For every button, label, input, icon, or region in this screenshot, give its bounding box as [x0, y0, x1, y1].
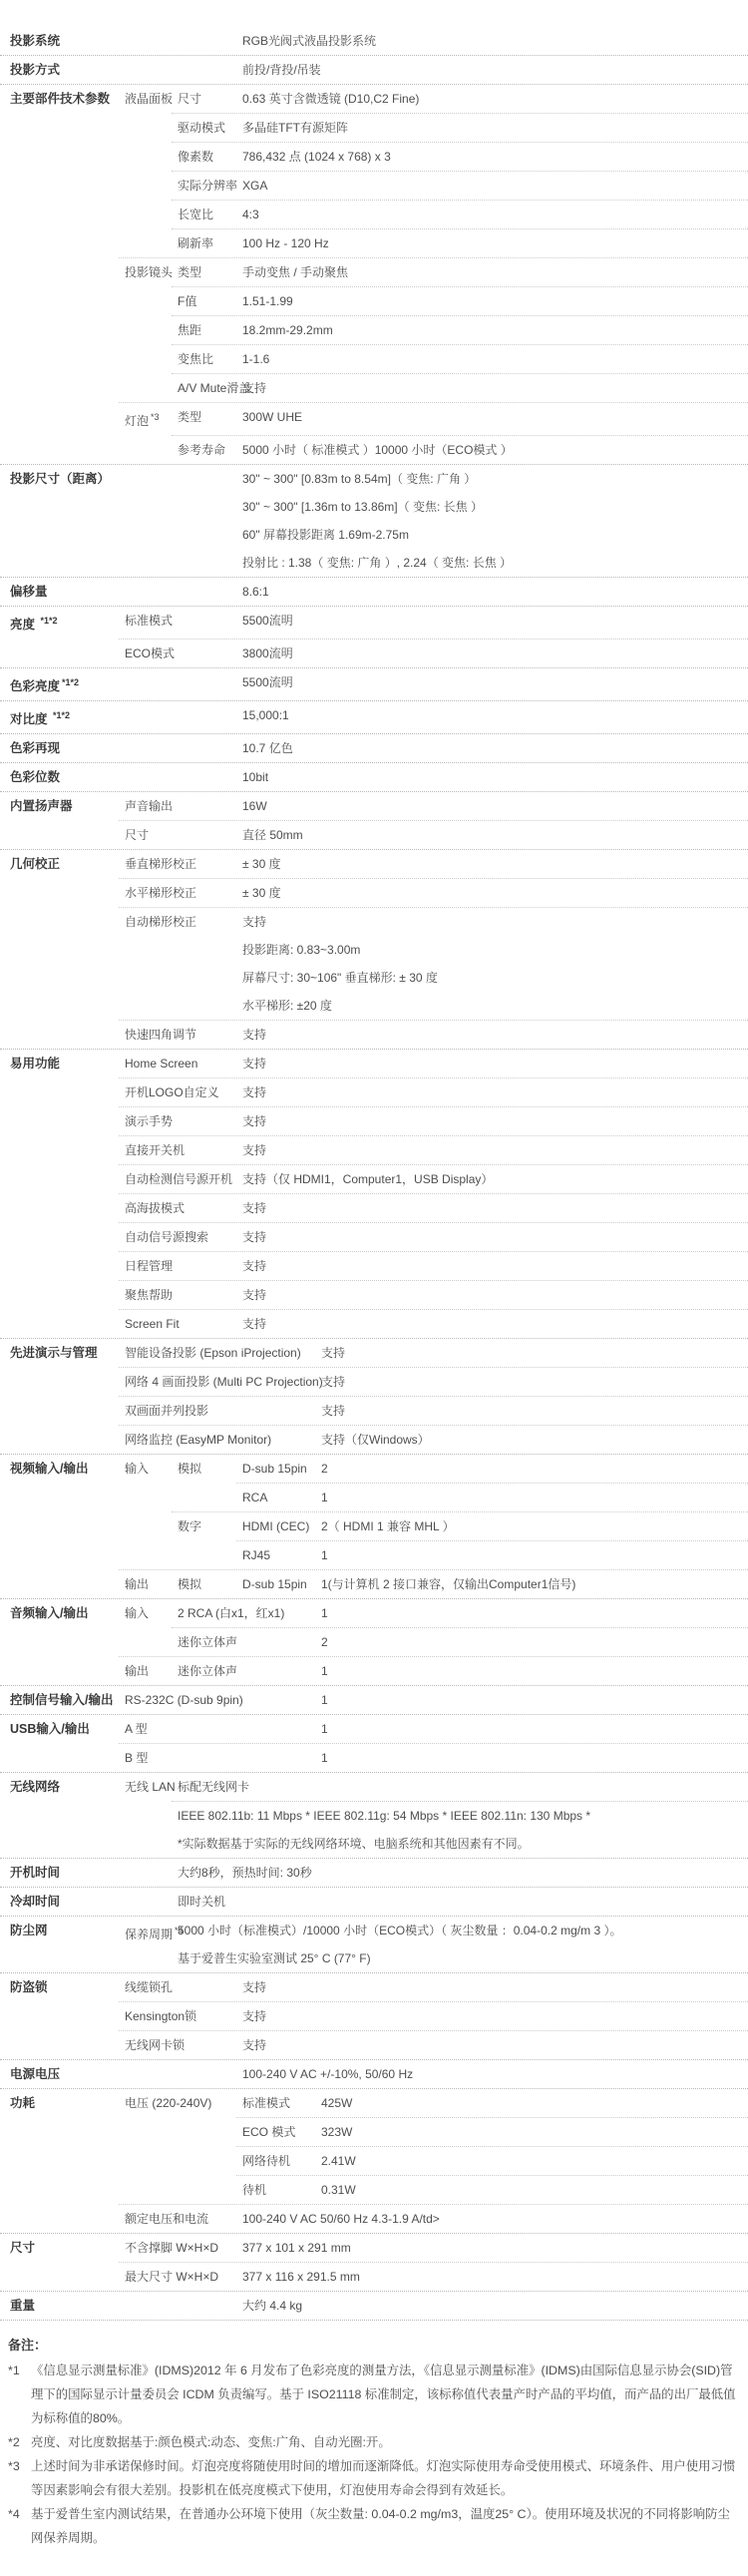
table-row: 变焦比1-1.6 — [0, 345, 748, 373]
spec-category-label: 视频输入/输出 — [10, 1455, 125, 1483]
table-row: 高海拔模式支持 — [0, 1194, 748, 1222]
table-row: 尺寸不含撑脚 W×H×D377 x 101 x 291 mm — [0, 2234, 748, 2262]
notes-title: 备注： — [8, 2333, 742, 2359]
spec-category-label: 主要部件技术参数 — [10, 85, 125, 113]
table-row: 刷新率100 Hz - 120 Hz — [0, 229, 748, 257]
spec-label: 自动检测信号源开机 — [125, 1165, 242, 1193]
spec-value: 前投/背投/吊装 — [242, 56, 748, 84]
notes-list: *1《信息显示测量标准》(IDMS)2012 年 6 月发布了色彩亮度的测量方法… — [8, 2359, 742, 2550]
spec-label: Screen Fit — [125, 1310, 242, 1338]
spec-category-label: 防盗锁 — [10, 1973, 125, 2001]
spec-category-label: 尺寸 — [10, 2234, 125, 2262]
spec-value: 支持 — [242, 1107, 748, 1135]
spec-label: RS-232C (D-sub 9pin) — [125, 1686, 321, 1714]
spec-value: 0.63 英寸含微透镜 (D10,C2 Fine) — [242, 85, 748, 113]
spec-category-label: 投影系统 — [10, 27, 242, 55]
spec-value: 2 — [321, 1455, 748, 1483]
table-row: 数字HDMI (CEC)2（ HDMI 1 兼容 MHL ） — [0, 1512, 748, 1540]
spec-category-label: 对比度 *1*2 — [10, 701, 242, 733]
spec-label: 网络监控 (EasyMP Monitor) — [125, 1426, 321, 1454]
spec-category-label: 先进演示与管理 — [10, 1339, 125, 1367]
spec-label: 输出 — [125, 1570, 178, 1598]
spec-label: 自动信号源搜索 — [125, 1223, 242, 1251]
table-row: USB输入/输出A 型1 — [0, 1715, 748, 1743]
spec-value: 15,000:1 — [242, 701, 748, 729]
table-row: F值1.51-1.99 — [0, 287, 748, 315]
table-row: 先进演示与管理智能设备投影 (Epson iProjection)支持 — [0, 1339, 748, 1367]
note-item: *3上述时间为非承诺保修时间。灯泡亮度将随使用时间的增加而逐渐降低。灯泡实际使用… — [8, 2454, 742, 2502]
spec-value-line: 30" ~ 300" [0.83m to 8.54m]（ 变焦: 广角 ） — [242, 465, 748, 493]
table-row: 演示手势支持 — [0, 1107, 748, 1135]
spec-category-label: 偏移量 — [10, 578, 242, 606]
footnote-marker: *1*2 — [53, 710, 70, 720]
spec-value: 支持（仅Windows） — [321, 1426, 748, 1454]
spec-label: 模拟 — [178, 1455, 242, 1483]
spec-label: 日程管理 — [125, 1252, 242, 1280]
note-text: 亮度、对比度数据基于:颜色模式:动态、变焦:广角、自动光圈:开。 — [31, 2430, 742, 2454]
table-row: 额定电压和电流100-240 V AC 50/60 Hz 4.3-1.9 A/t… — [0, 2205, 748, 2233]
table-row: 色彩亮度*1*25500流明 — [0, 668, 748, 700]
spec-label: 快速四角调节 — [125, 1021, 242, 1049]
spec-value: IEEE 802.11b: 11 Mbps * IEEE 802.11g: 54… — [178, 1802, 748, 1858]
spec-category-label: 色彩再现 — [10, 734, 242, 762]
spec-value: 0.31W — [321, 2176, 748, 2204]
spec-value: 5500流明 — [242, 607, 748, 635]
spec-value: 16W — [242, 792, 748, 820]
spec-value: 支持 — [242, 1310, 748, 1338]
spec-label: 垂直梯形校正 — [125, 850, 242, 878]
spec-category-label: 色彩位数 — [10, 763, 242, 791]
table-row: 电源电压100-240 V AC +/-10%, 50/60 Hz — [0, 2060, 748, 2088]
table-row: 自动检测信号源开机支持（仅 HDMI1，Computer1，USB Displa… — [0, 1165, 748, 1193]
spec-label: 待机 — [242, 2176, 321, 2204]
table-row: 对比度 *1*215,000:1 — [0, 701, 748, 733]
spec-label: 类型 — [178, 403, 242, 431]
spec-value-line: IEEE 802.11b: 11 Mbps * IEEE 802.11g: 54… — [178, 1802, 748, 1830]
spec-label: 类型 — [178, 258, 242, 286]
spec-value: XGA — [242, 172, 748, 200]
spec-label: 迷你立体声 — [178, 1657, 321, 1685]
spec-value: 10bit — [242, 763, 748, 791]
spec-value: 100-240 V AC 50/60 Hz 4.3-1.9 A/td> — [242, 2205, 748, 2233]
spec-value: 标配无线网卡 — [178, 1773, 748, 1801]
spec-value-line: 投射比 : 1.38（ 变焦: 广角 ）, 2.24（ 变焦: 长焦 ） — [242, 549, 748, 577]
table-row: 实际分辨率XGA — [0, 172, 748, 200]
table-row: 输出模拟D-sub 15pin1(与计算机 2 接口兼容，仅输出Computer… — [0, 1570, 748, 1598]
spec-value: 多晶硅TFT有源矩阵 — [242, 114, 748, 142]
spec-label: 额定电压和电流 — [125, 2205, 242, 2233]
note-item: *4基于爱普生室内测试结果，在普通办公环境下使用（灰尘数量: 0.04-0.2 … — [8, 2502, 742, 2550]
table-row: 水平梯形校正± 30 度 — [0, 879, 748, 907]
table-row: 投影系统RGB光阀式液晶投影系统 — [0, 27, 748, 55]
spec-label: 刷新率 — [178, 229, 242, 257]
spec-category-label: 无线网络 — [10, 1773, 125, 1801]
footnote-marker: *1*2 — [62, 677, 79, 687]
spec-value: 支持投影距离: 0.83~3.00m屏幕尺寸: 30~106" 垂直梯形: ± … — [242, 908, 748, 1020]
spec-label: 直接开关机 — [125, 1136, 242, 1164]
table-row: 网络待机2.41W — [0, 2147, 748, 2175]
spec-value: 2.41W — [321, 2147, 748, 2175]
spec-value: ± 30 度 — [242, 879, 748, 907]
spec-label: D-sub 15pin — [242, 1570, 321, 1598]
spec-label: 演示手势 — [125, 1107, 242, 1135]
table-row: 投影方式前投/背投/吊装 — [0, 56, 748, 84]
note-marker: *3 — [8, 2454, 31, 2502]
spec-label: 最大尺寸 W×H×D — [125, 2263, 242, 2291]
note-item: *1《信息显示测量标准》(IDMS)2012 年 6 月发布了色彩亮度的测量方法… — [8, 2359, 742, 2430]
spec-label: 网络待机 — [242, 2147, 321, 2175]
table-row: 聚焦帮助支持 — [0, 1281, 748, 1309]
note-item: *2亮度、对比度数据基于:颜色模式:动态、变焦:广角、自动光圈:开。 — [8, 2430, 742, 2454]
spec-value: 支持 — [321, 1397, 748, 1425]
spec-value: 2 — [321, 1628, 748, 1656]
spec-value: 支持 — [242, 1281, 748, 1309]
table-row: 尺寸直径 50mm — [0, 821, 748, 849]
spec-value: 支持 — [321, 1339, 748, 1367]
spec-label: 投影镜头 — [125, 258, 178, 286]
spec-label: 迷你立体声 — [178, 1628, 321, 1656]
spec-value: 1-1.6 — [242, 345, 748, 373]
spec-label: 数字 — [178, 1512, 242, 1540]
spec-category-label: 内置扬声器 — [10, 792, 125, 820]
table-row: 快速四角调节支持 — [0, 1021, 748, 1049]
spec-label: ECO模式 — [125, 640, 242, 667]
table-row: 长宽比4:3 — [0, 201, 748, 228]
spec-value: 支持 — [242, 1078, 748, 1106]
spec-category-label: 电源电压 — [10, 2060, 242, 2088]
spec-label: B 型 — [125, 1744, 321, 1772]
spec-category-label: 几何校正 — [10, 850, 125, 878]
spec-label: 2 RCA (白x1，红x1) — [178, 1599, 321, 1627]
spec-value: 1 — [321, 1715, 748, 1743]
spec-category-label: 控制信号输入/输出 — [10, 1686, 125, 1714]
spec-value: 大约 4.4 kg — [242, 2292, 748, 2320]
spec-label: 高海拔模式 — [125, 1194, 242, 1222]
spec-category-label: 功耗 — [10, 2089, 125, 2117]
spec-value-line: 投影距离: 0.83~3.00m — [242, 936, 748, 964]
spec-label: ECO 模式 — [242, 2118, 321, 2146]
spec-category-label: 投影尺寸（距离） — [10, 465, 242, 493]
table-row: 功耗电压 (220-240V)标准模式425W — [0, 2089, 748, 2117]
table-row: 重量大约 4.4 kg — [0, 2292, 748, 2320]
spec-value: 1 — [321, 1541, 748, 1569]
spec-label: 液晶面板 — [125, 85, 178, 113]
note-text: 基于爱普生室内测试结果，在普通办公环境下使用（灰尘数量: 0.04-0.2 mg… — [31, 2502, 742, 2550]
spec-value: 18.2mm-29.2mm — [242, 316, 748, 344]
spec-label: 像素数 — [178, 143, 242, 171]
spec-label: 灯泡*3 — [125, 403, 178, 435]
table-row: 视频输入/输出输入模拟D-sub 15pin2 — [0, 1455, 748, 1483]
spec-value: 支持 — [242, 1973, 748, 2001]
spec-value: 300W UHE — [242, 403, 748, 431]
spec-table: 投影系统RGB光阀式液晶投影系统投影方式前投/背投/吊装主要部件技术参数液晶面板… — [0, 0, 748, 2321]
spec-value-line: 屏幕尺寸: 30~106" 垂直梯形: ± 30 度 — [242, 964, 748, 992]
spec-value: 5000 小时（ 标准模式 ）10000 小时（ECO模式 ） — [242, 436, 748, 464]
spec-value: 4:3 — [242, 201, 748, 228]
table-row: 音频输入/输出输入2 RCA (白x1，红x1)1 — [0, 1599, 748, 1627]
spec-value: 支持 — [242, 2002, 748, 2030]
table-row: 无线网卡锁支持 — [0, 2031, 748, 2059]
spec-value: 2（ HDMI 1 兼容 MHL ） — [321, 1512, 748, 1540]
spec-value: 支持 — [242, 1021, 748, 1049]
spec-value: 8.6:1 — [242, 578, 748, 606]
table-row: 开机时间大约8秒，预热时间: 30秒 — [0, 1859, 748, 1887]
spec-value: 支持 — [242, 1136, 748, 1164]
table-row: 开机LOGO自定义支持 — [0, 1078, 748, 1106]
table-row: 最大尺寸 W×H×D377 x 116 x 291.5 mm — [0, 2263, 748, 2291]
spec-label: 输入 — [125, 1455, 178, 1483]
spec-category-label: 冷却时间 — [10, 1888, 178, 1916]
table-row: 亮度 *1*2标准模式5500流明 — [0, 607, 748, 639]
table-row: 网络 4 画面投影 (Multi PC Projection)支持 — [0, 1368, 748, 1396]
spec-value: 支持 — [242, 1252, 748, 1280]
table-row: Kensington锁支持 — [0, 2002, 748, 2030]
table-row: 迷你立体声2 — [0, 1628, 748, 1656]
table-row: 参考寿命5000 小时（ 标准模式 ）10000 小时（ECO模式 ） — [0, 436, 748, 464]
table-row: ECO 模式323W — [0, 2118, 748, 2146]
spec-label: 实际分辨率 — [178, 172, 242, 200]
spec-label: 长宽比 — [178, 201, 242, 228]
note-marker: *4 — [8, 2502, 31, 2550]
spec-label: A 型 — [125, 1715, 321, 1743]
spec-category-label: 开机时间 — [10, 1859, 178, 1887]
table-row: 易用功能Home Screen支持 — [0, 1050, 748, 1077]
spec-label: Kensington锁 — [125, 2002, 242, 2030]
note-marker: *2 — [8, 2430, 31, 2454]
table-row: 偏移量8.6:1 — [0, 578, 748, 606]
table-row: A/V Mute滑盖支持 — [0, 374, 748, 402]
spec-category-label: 重量 — [10, 2292, 242, 2320]
table-row: IEEE 802.11b: 11 Mbps * IEEE 802.11g: 54… — [0, 1802, 748, 1858]
spec-label: 尺寸 — [125, 821, 242, 849]
spec-value: 支持 — [242, 374, 748, 402]
table-row: 无线网络无线 LAN标配无线网卡 — [0, 1773, 748, 1801]
footnote-marker: *3 — [151, 412, 160, 422]
table-row: 像素数786,432 点 (1024 x 768) x 3 — [0, 143, 748, 171]
spec-label: 变焦比 — [178, 345, 242, 373]
spec-value-line: *实际数据基于实际的无线网络环境、电脑系统和其他因素有不同。 — [178, 1830, 748, 1858]
spec-label: 网络 4 画面投影 (Multi PC Projection) — [125, 1368, 321, 1396]
spec-value: 支持 — [321, 1368, 748, 1396]
spec-value: 大约8秒，预热时间: 30秒 — [178, 1859, 748, 1887]
spec-category-label: USB输入/输出 — [10, 1715, 125, 1743]
spec-value-line: 60" 屏幕投影距离 1.69m-2.75m — [242, 521, 748, 549]
spec-label: 开机LOGO自定义 — [125, 1078, 242, 1106]
spec-value: 1(与计算机 2 接口兼容，仅输出Computer1信号) — [321, 1570, 748, 1598]
spec-label: 参考寿命 — [178, 436, 242, 464]
table-row: 日程管理支持 — [0, 1252, 748, 1280]
spec-value: 5500流明 — [242, 668, 748, 696]
spec-label: 尺寸 — [178, 85, 242, 113]
table-row: RCA1 — [0, 1484, 748, 1511]
spec-label: 输出 — [125, 1657, 178, 1685]
spec-value: 支持 — [242, 2031, 748, 2059]
spec-label: 模拟 — [178, 1570, 242, 1598]
table-row: 几何校正垂直梯形校正± 30 度 — [0, 850, 748, 878]
spec-value-line: 5000 小时（标准模式）/10000 小时（ECO模式）（ 灰尘数量 ：0.0… — [178, 1917, 748, 1944]
spec-label: 无线网卡锁 — [125, 2031, 242, 2059]
table-row: RJ451 — [0, 1541, 748, 1569]
spec-label: 标准模式 — [125, 607, 242, 635]
table-row: 直接开关机支持 — [0, 1136, 748, 1164]
table-row: 防尘网保养周期*45000 小时（标准模式）/10000 小时（ECO模式）（ … — [0, 1917, 748, 1972]
table-row: 冷却时间即时关机 — [0, 1888, 748, 1916]
projector-spec-page: 投影系统RGB光阀式液晶投影系统投影方式前投/背投/吊装主要部件技术参数液晶面板… — [0, 0, 748, 2576]
spec-value: 支持 — [242, 1050, 748, 1077]
spec-label: 焦距 — [178, 316, 242, 344]
table-row: 色彩再现10.7 亿色 — [0, 734, 748, 762]
spec-label: RJ45 — [242, 1541, 321, 1569]
table-row: 控制信号输入/输出RS-232C (D-sub 9pin)1 — [0, 1686, 748, 1714]
table-row: Screen Fit支持 — [0, 1310, 748, 1338]
table-row: ECO模式3800流明 — [0, 640, 748, 667]
spec-label: 声音输出 — [125, 792, 242, 820]
spec-value: 10.7 亿色 — [242, 734, 748, 762]
table-row: 输出迷你立体声1 — [0, 1657, 748, 1685]
table-row: 焦距18.2mm-29.2mm — [0, 316, 748, 344]
spec-value: 377 x 101 x 291 mm — [242, 2234, 748, 2262]
spec-value: 即时关机 — [178, 1888, 748, 1916]
spec-label: 标准模式 — [242, 2089, 321, 2117]
spec-category-label: 防尘网 — [10, 1917, 125, 1944]
spec-value-line: 基于爱普生实验室测试 25° C (77° F) — [178, 1944, 748, 1972]
spec-value-line: 支持 — [242, 908, 748, 936]
table-row: 投影镜头类型手动变焦 / 手动聚焦 — [0, 258, 748, 286]
spec-value: 手动变焦 / 手动聚焦 — [242, 258, 748, 286]
table-row: 投影尺寸（距离）30" ~ 300" [0.83m to 8.54m]（ 变焦:… — [0, 465, 748, 577]
spec-value: 1 — [321, 1686, 748, 1714]
table-row: 待机0.31W — [0, 2176, 748, 2204]
spec-label: 不含撑脚 W×H×D — [125, 2234, 242, 2262]
spec-category-label: 易用功能 — [10, 1050, 125, 1077]
spec-label: F值 — [178, 287, 242, 315]
spec-label: 自动梯形校正 — [125, 908, 242, 936]
spec-value: RGB光阀式液晶投影系统 — [242, 27, 748, 55]
spec-value: 425W — [321, 2089, 748, 2117]
notes-section: 备注： *1《信息显示测量标准》(IDMS)2012 年 6 月发布了色彩亮度的… — [0, 2321, 748, 2576]
table-row: 内置扬声器声音输出16W — [0, 792, 748, 820]
note-text: 上述时间为非承诺保修时间。灯泡亮度将随使用时间的增加而逐渐降低。灯泡实际使用寿命… — [31, 2454, 742, 2502]
table-row: 防盗锁线缆锁孔支持 — [0, 1973, 748, 2001]
spec-value: ± 30 度 — [242, 850, 748, 878]
spec-label: HDMI (CEC) — [242, 1512, 321, 1540]
table-row: B 型1 — [0, 1744, 748, 1772]
spec-value: 377 x 116 x 291.5 mm — [242, 2263, 748, 2291]
spec-value: 1 — [321, 1657, 748, 1685]
spec-value-line: 水平梯形: ±20 度 — [242, 992, 748, 1020]
spec-label: 输入 — [125, 1599, 178, 1627]
spec-value-line: 30" ~ 300" [1.36m to 13.86m]（ 变焦: 长焦 ） — [242, 493, 748, 521]
spec-label: 保养周期*4 — [125, 1917, 178, 1948]
table-row: 主要部件技术参数液晶面板尺寸0.63 英寸含微透镜 (D10,C2 Fine) — [0, 85, 748, 113]
spec-value: 支持 — [242, 1194, 748, 1222]
spec-label: 聚焦帮助 — [125, 1281, 242, 1309]
table-row: 自动梯形校正支持投影距离: 0.83~3.00m屏幕尺寸: 30~106" 垂直… — [0, 908, 748, 1020]
spec-label: 无线 LAN — [125, 1773, 178, 1801]
spec-value: 1.51-1.99 — [242, 287, 748, 315]
spec-value: 直径 50mm — [242, 821, 748, 849]
spec-value: 786,432 点 (1024 x 768) x 3 — [242, 143, 748, 171]
spec-label: RCA — [242, 1484, 321, 1511]
spec-value: 100 Hz - 120 Hz — [242, 229, 748, 257]
spec-label: 线缆锁孔 — [125, 1973, 242, 2001]
table-row: 色彩位数10bit — [0, 763, 748, 791]
spec-value: 100-240 V AC +/-10%, 50/60 Hz — [242, 2060, 748, 2088]
spec-category-label: 音频输入/输出 — [10, 1599, 125, 1627]
spec-value: 5000 小时（标准模式）/10000 小时（ECO模式）（ 灰尘数量 ：0.0… — [178, 1917, 748, 1972]
note-marker: *1 — [8, 2359, 31, 2430]
spec-label: Home Screen — [125, 1050, 242, 1077]
spec-value: 支持 — [242, 1223, 748, 1251]
note-text: 《信息显示测量标准》(IDMS)2012 年 6 月发布了色彩亮度的测量方法，《… — [31, 2359, 742, 2430]
table-row: 网络监控 (EasyMP Monitor)支持（仅Windows） — [0, 1426, 748, 1454]
table-row: 驱动模式多晶硅TFT有源矩阵 — [0, 114, 748, 142]
spec-label: D-sub 15pin — [242, 1455, 321, 1483]
table-row: 自动信号源搜索支持 — [0, 1223, 748, 1251]
spec-value: 1 — [321, 1599, 748, 1627]
spec-value: 1 — [321, 1484, 748, 1511]
spec-category-label: 色彩亮度*1*2 — [10, 668, 242, 700]
spec-category-label: 投影方式 — [10, 56, 242, 84]
table-row: 双画面并列投影支持 — [0, 1397, 748, 1425]
spec-label: 电压 (220-240V) — [125, 2089, 242, 2117]
spec-value: 323W — [321, 2118, 748, 2146]
spec-label: A/V Mute滑盖 — [178, 374, 242, 402]
spec-label: 水平梯形校正 — [125, 879, 242, 907]
footnote-marker: *1*2 — [40, 616, 57, 626]
spec-value: 1 — [321, 1744, 748, 1772]
spec-label: 双画面并列投影 — [125, 1397, 321, 1425]
table-row: 灯泡*3类型300W UHE — [0, 403, 748, 435]
spec-value: 3800流明 — [242, 640, 748, 667]
spec-value: 支持（仅 HDMI1，Computer1，USB Display） — [242, 1165, 748, 1193]
spec-label: 驱动模式 — [178, 114, 242, 142]
spec-value: 30" ~ 300" [0.83m to 8.54m]（ 变焦: 广角 ）30"… — [242, 465, 748, 577]
spec-category-label: 亮度 *1*2 — [10, 607, 125, 639]
spec-label: 智能设备投影 (Epson iProjection) — [125, 1339, 321, 1367]
